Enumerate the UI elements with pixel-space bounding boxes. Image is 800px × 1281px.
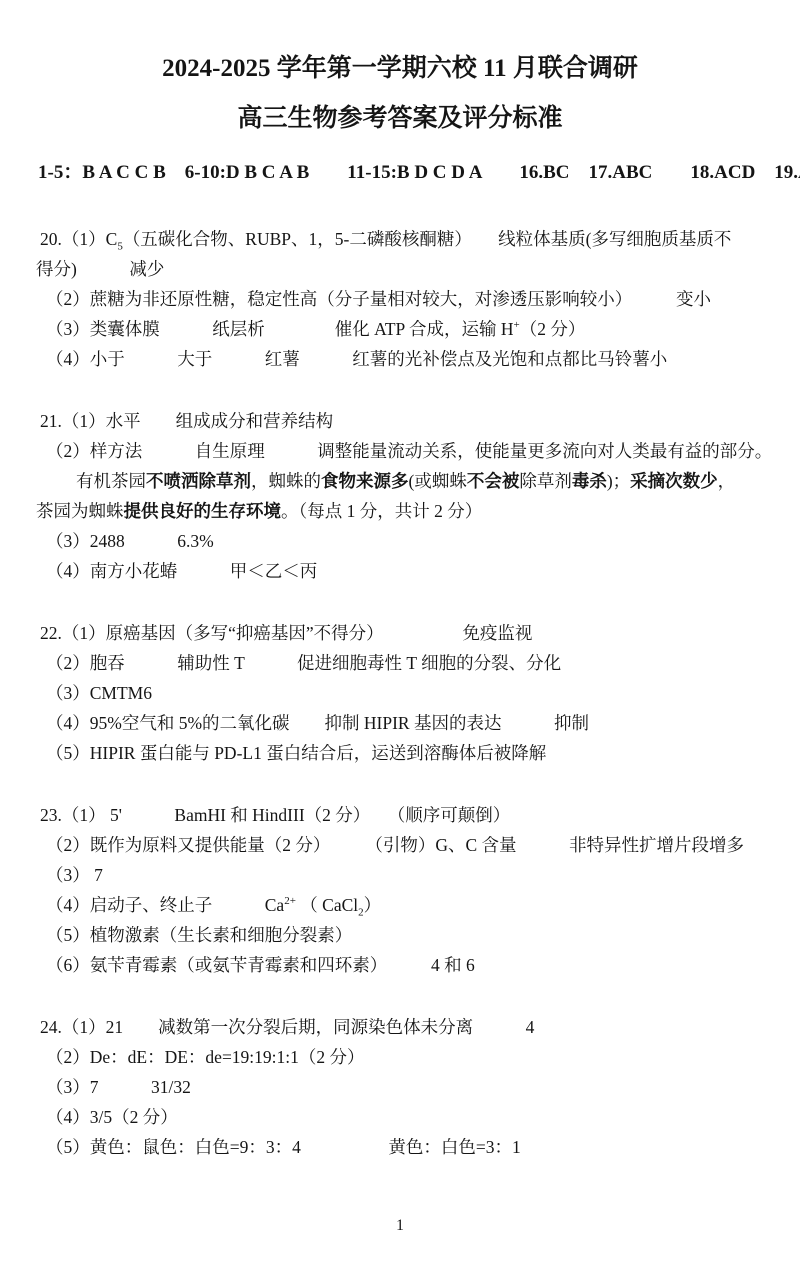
answer-text-segment: 除草剂 [519,471,572,491]
question-block-22: 22.（1）原癌基因（多写“抑癌基因”不得分） 免疫监视（2）胞吞 辅助性 T … [0,618,800,768]
answer-text-segment: （2）蔗糖为非还原性糖，稳定性高（分子量相对较大，对渗透压影响较小） 变小 [46,289,711,309]
answer-text-segment: （3）7 31/32 [46,1077,191,1097]
answer-line: （3）类囊体膜 纸层析 催化 ATP 合成，运输 H+（2 分） [0,314,800,344]
answer-text-segment: （2）既作为原料又提供能量（2 分） （引物）G、C 含量 非特异性扩增片段增多 [46,835,744,855]
answer-line: （5）植物激素（生长素和细胞分裂素） [0,920,800,950]
question-block-24: 24.（1）21 减数第一次分裂后期，同源染色体未分离 4（2）De：dE：DE… [0,1012,800,1162]
answer-line: 21.（1）水平 组成成分和营养结构 [0,406,800,436]
answer-text-segment: （五碳化合物、RUBP、1，5-二磷酸核酮糖） 线粒体基质(多写细胞质基质不 [123,229,732,249]
page-number: 1 [0,1214,800,1238]
answer-text-segment: )； [607,471,630,491]
answer-text-segment: 2+ [284,895,296,907]
answer-line: 23.（1） 5' BamHI 和 HindIII（2 分） （顺序可颠倒） [0,800,800,830]
answer-text-segment: （4）95%空气和 5%的二氧化碳 抑制 HIPIR 基因的表达 抑制 [46,713,589,733]
answer-text-segment: ， [718,471,736,491]
answer-line: （2）De：dE：DE：de=19:19:1:1（2 分） [0,1042,800,1072]
answer-text-segment: （3）2488 6.3% [46,531,214,551]
answer-text-segment: 采摘次数少 [630,471,718,491]
answer-text-segment: （6）氨苄青霉素（或氨苄青霉素和四环素） 4 和 6 [46,955,475,975]
question-block-23: 23.（1） 5' BamHI 和 HindIII（2 分） （顺序可颠倒）（2… [0,800,800,980]
answer-text-segment: 23.（1） 5' BamHI 和 HindIII（2 分） （顺序可颠倒） [40,805,510,825]
answer-line: （5）黄色：鼠色：白色=9：3：4 黄色：白色=3：1 [0,1132,800,1162]
answer-text-segment: 24.（1）21 减数第一次分裂后期，同源染色体未分离 4 [40,1017,534,1037]
answer-text-segment: （3） 7 [46,865,103,885]
answer-text-segment: （4）南方小花蝽 甲＜乙＜丙 [46,561,317,581]
question-block-20: 20.（1）C5（五碳化合物、RUBP、1，5-二磷酸核酮糖） 线粒体基质(多写… [0,224,800,374]
mcq-answer-line: 1-5：B A C C B 6-10:D B C A B 11-15:B D C… [38,160,794,186]
answer-text-segment: 食物来源多 [321,471,409,491]
answer-text-segment: 。（每点 1 分，共计 2 分） [281,501,482,521]
answer-text-segment: 不喷洒除草剂 [146,471,251,491]
answer-line: （4）3/5（2 分） [0,1102,800,1132]
answer-text-segment: （4）小于 大于 红薯 红薯的光补偿点及光饱和点都比马铃薯小 [46,349,667,369]
answer-text-segment: （4）启动子、终止子 Ca [46,895,284,915]
answer-text-segment: ） [364,895,382,915]
answer-text-segment: （2 分） [520,319,586,339]
question-block-21: 21.（1）水平 组成成分和营养结构（2）样方法 自生原理 调整能量流动关系，使… [0,406,800,586]
answer-text-segment: （4）3/5（2 分） [46,1107,178,1127]
page-title: 2024-2025 学年第一学期六校 11 月联合调研 [0,0,800,86]
answer-line: （4）启动子、终止子 Ca2+ （ CaCl2） [0,890,800,920]
answer-line: （4）95%空气和 5%的二氧化碳 抑制 HIPIR 基因的表达 抑制 [0,708,800,738]
answer-line: （4）南方小花蝽 甲＜乙＜丙 [0,556,800,586]
answer-line: 得分) 减少 [0,254,800,284]
answer-line: （4）小于 大于 红薯 红薯的光补偿点及光饱和点都比马铃薯小 [0,344,800,374]
answer-text-segment: ，蜘蛛的 [251,471,321,491]
answer-line: （3）CMTM6 [0,678,800,708]
answer-text-segment: （5）植物激素（生长素和细胞分裂素） [46,925,352,945]
answer-line: （2）胞吞 辅助性 T 促进细胞毒性 T 细胞的分裂、分化 [0,648,800,678]
answer-line: （2）既作为原料又提供能量（2 分） （引物）G、C 含量 非特异性扩增片段增多 [0,830,800,860]
answer-line: （3） 7 [0,860,800,890]
answer-line: 22.（1）原癌基因（多写“抑癌基因”不得分） 免疫监视 [0,618,800,648]
answer-line: 茶园为蜘蛛提供良好的生存环境。（每点 1 分，共计 2 分） [0,496,800,526]
answer-text-segment: 毒杀 [572,471,607,491]
answer-line: （2）样方法 自生原理 调整能量流动关系，使能量更多流向对人类最有益的部分。 [0,436,800,466]
answer-line: 20.（1）C5（五碳化合物、RUBP、1，5-二磷酸核酮糖） 线粒体基质(多写… [0,224,800,254]
page-subtitle: 高三生物参考答案及评分标准 [0,102,800,136]
answer-text-segment: （2）De：dE：DE：de=19:19:1:1（2 分） [46,1047,365,1067]
answer-line: （3）2488 6.3% [0,526,800,556]
answer-text-segment: 21.（1）水平 组成成分和营养结构 [40,411,333,431]
answer-line: 24.（1）21 减数第一次分裂后期，同源染色体未分离 4 [0,1012,800,1042]
answer-text-segment: (或蜘蛛 [409,471,467,491]
answer-text-segment: （2）胞吞 辅助性 T 促进细胞毒性 T 细胞的分裂、分化 [46,653,561,673]
answer-line: （5）HIPIR 蛋白能与 PD-L1 蛋白结合后，运送到溶酶体后被降解 [0,738,800,768]
document-page: { "page": { "title": "2024-2025 学年第一学期六校… [0,0,800,1281]
answer-line: 有机茶园不喷洒除草剂，蜘蛛的食物来源多(或蜘蛛不会被除草剂毒杀)；采摘次数少， [0,466,800,496]
answer-text-segment: （5）HIPIR 蛋白能与 PD-L1 蛋白结合后，运送到溶酶体后被降解 [46,743,546,763]
answer-text-segment: 不会被 [467,471,520,491]
answer-text-segment: （ CaCl [296,895,358,915]
answer-text-segment: （2）样方法 自生原理 调整能量流动关系，使能量更多流向对人类最有益的部分。 [46,441,772,461]
answer-text-segment: 22.（1）原癌基因（多写“抑癌基因”不得分） 免疫监视 [40,623,532,643]
answer-text-segment: （3）CMTM6 [46,683,152,703]
answer-line: （6）氨苄青霉素（或氨苄青霉素和四环素） 4 和 6 [0,950,800,980]
answer-text-segment: 20.（1）C [40,229,117,249]
answer-text-segment: 得分) 减少 [36,259,164,279]
answer-text-segment: （5）黄色：鼠色：白色=9：3：4 黄色：白色=3：1 [46,1137,521,1157]
answer-text-segment: 提供良好的生存环境 [124,501,282,521]
answer-text-segment: （3）类囊体膜 纸层析 催化 ATP 合成，运输 H [46,319,513,339]
answer-line: （2）蔗糖为非还原性糖，稳定性高（分子量相对较大，对渗透压影响较小） 变小 [0,284,800,314]
answer-line: （3）7 31/32 [0,1072,800,1102]
answer-text-segment: 茶园为蜘蛛 [36,501,124,521]
answer-text-segment: 有机茶园 [76,471,146,491]
answer-body: 20.（1）C5（五碳化合物、RUBP、1，5-二磷酸核酮糖） 线粒体基质(多写… [0,224,800,1162]
